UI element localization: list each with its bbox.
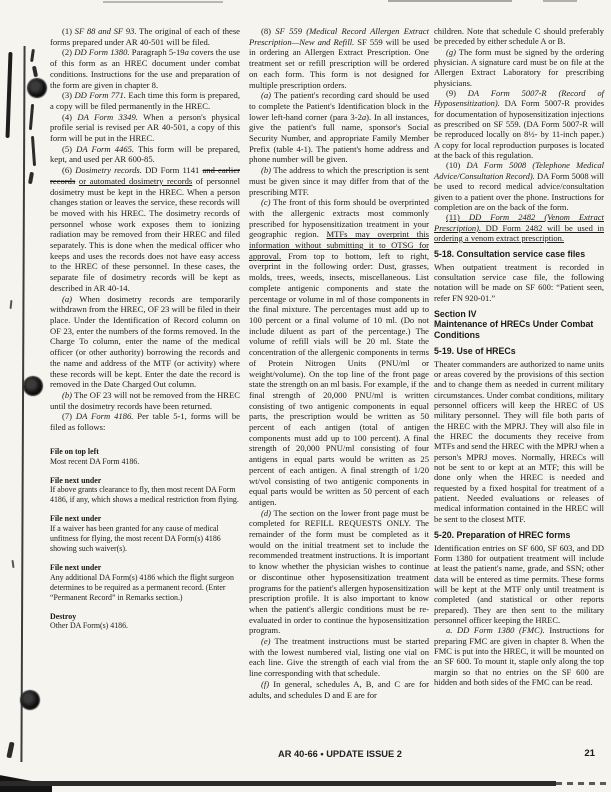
scribble-mark	[6, 742, 14, 759]
text-run: The section on the lower front page must…	[249, 508, 429, 636]
text-run: (b)	[62, 390, 72, 400]
scanned-document-page: (1) SF 88 and SF 93. The original of eac…	[0, 0, 611, 792]
filing-instruction: If above grants clearance to fly, then m…	[50, 485, 240, 505]
text-run: Maintenance of HRECs Under Combat Condit…	[434, 319, 593, 339]
bottom-scan-rule	[0, 781, 556, 786]
filing-instruction: Other DA Form(s) 4186.	[50, 621, 240, 631]
scribble-mark	[11, 560, 14, 568]
scribble-mark	[29, 104, 34, 130]
text-run: (8)	[261, 26, 275, 36]
paragraph: Theater commanders are authorized to nam…	[434, 359, 604, 525]
paragraph: (7) DA Form 4186. Per table 5-1, forms w…	[50, 411, 240, 432]
paragraph: (11) DD Form 2482 (Venom Extract Prescri…	[434, 212, 604, 243]
footer-document-id: AR 40-66 • UPDATE ISSUE 2	[230, 749, 450, 759]
text-run: The OF 23 will not be removed from the H…	[50, 390, 240, 411]
text-run: 5-18. Consultation service case files	[434, 249, 585, 259]
filing-instruction: Any additional DA Form(s) 4186 which the…	[50, 573, 240, 603]
filing-instruction: File next under	[50, 476, 240, 486]
text-run: (b)	[261, 165, 271, 175]
text-run: (e)	[261, 636, 271, 646]
paragraph: children. Note that schedule C should pr…	[434, 26, 604, 47]
section-heading: 5-20. Preparation of HREC forms	[434, 530, 604, 540]
scribble-mark	[31, 136, 36, 166]
text-run: Other DA Form(s) 4186.	[50, 621, 128, 630]
text-run: DD Form 1141	[142, 165, 203, 175]
text-run: File on top left	[50, 447, 99, 456]
text-run: File next under	[50, 476, 101, 485]
paragraph: (b) The OF 23 will not be removed from t…	[50, 390, 240, 411]
text-run: 5-20. Preparation of HREC forms	[434, 530, 570, 540]
text-run: The address to which the prescription is…	[249, 165, 429, 196]
text-run: If above grants clearance to fly, then m…	[50, 485, 239, 504]
paragraph: Identification entries on SF 600, SF 603…	[434, 543, 604, 626]
text-run: (2)	[62, 47, 74, 57]
text-run: (a)	[261, 90, 271, 100]
text-run: SF 88 and SF 93.	[75, 26, 137, 36]
paragraph: (a) The patient's recording card should …	[249, 90, 429, 165]
corner-scan-mark	[0, 766, 52, 792]
text-run: From top to bottom, left to right, overp…	[249, 251, 429, 507]
paragraph: (2) DD Form 1380. Paragraph 5-19a covers…	[50, 47, 240, 90]
section-heading: Maintenance of HRECs Under Combat Condit…	[434, 319, 604, 340]
paragraph: (6) Dosimetry records. DD Form 1141 and …	[50, 165, 240, 293]
text-run: DD Form 771.	[74, 90, 125, 100]
paragraph: (a) When dosimetry records are temporari…	[50, 294, 240, 390]
text-run: (11)	[446, 212, 469, 222]
filing-instruction: Destroy	[50, 612, 240, 622]
text-run: Section IV	[434, 309, 477, 319]
scribble-mark	[10, 300, 13, 309]
filing-instruction: Most recent DA Form 4186.	[50, 457, 240, 467]
text-run: When dosimetry records are temporarily w…	[50, 294, 240, 390]
paragraph: (5) DA Form 4465. This form will be prep…	[50, 144, 240, 165]
text-run: When outpatient treatment is recorded in…	[434, 262, 604, 303]
top-scan-artifact	[388, 0, 512, 2]
text-run: DD Form 1380.	[74, 47, 129, 57]
text-run: (4)	[62, 112, 77, 122]
text-run: DA Form 4186.	[76, 411, 134, 421]
scribble-mark	[28, 172, 34, 185]
text-run: or automated dosimetry records	[79, 176, 192, 186]
binding-scan-line	[20, 46, 25, 762]
text-run: of personnel dosimetry must be kept in t…	[50, 176, 240, 293]
paragraph: a. DD Form 1380 (FMC). Instructions for …	[434, 625, 604, 687]
text-run: a. DD Form 1380 (FMC).	[446, 625, 545, 635]
text-run: (a)	[62, 294, 72, 304]
text-run: Theater commanders are authorized to nam…	[434, 359, 604, 524]
text-run: 5-19. Use of HRECs	[434, 346, 516, 356]
paragraph: (1) SF 88 and SF 93. The original of eac…	[50, 26, 240, 47]
text-run: (10)	[446, 160, 466, 170]
text-run: (c)	[261, 197, 271, 207]
binder-hole	[28, 79, 46, 97]
binding-edge-mark	[6, 52, 13, 138]
text-run: Destroy	[50, 612, 76, 621]
paragraph: (e) The treatment instructions must be s…	[249, 636, 429, 679]
text-run: (6)	[62, 165, 75, 175]
section-heading: 5-18. Consultation service case files	[434, 249, 604, 259]
text-run: (1)	[62, 26, 75, 36]
text-run: DA Form 4465.	[76, 144, 134, 154]
text-run: (9)	[446, 88, 468, 98]
text-run: Any additional DA Form(s) 4186 which the…	[50, 573, 234, 602]
text-run: (5)	[62, 144, 76, 154]
binder-hole	[21, 691, 39, 709]
text-run: File next under	[50, 563, 101, 572]
bottom-scan-rule-dashes	[556, 782, 611, 785]
section-heading: Section IV	[434, 309, 604, 319]
paragraph: (c) The front of this form should be ove…	[249, 197, 429, 507]
paragraph: (9) DA Form 5007-R (Record of Hyposensit…	[434, 88, 604, 160]
paragraph: (f) In general, schedules A, B, and C ar…	[249, 679, 429, 700]
text-run: (d)	[261, 508, 271, 518]
text-run: (3)	[62, 90, 74, 100]
section-heading: 5-19. Use of HRECs	[434, 346, 604, 356]
text-run: Most recent DA Form 4186.	[50, 457, 139, 466]
text-run: Paragraph 5-19	[130, 47, 185, 57]
text-column-left: (1) SF 88 and SF 93. The original of eac…	[50, 26, 240, 631]
text-run: (g)	[446, 47, 456, 57]
paragraph: (4) DA Form 3349. When a person's physic…	[50, 112, 240, 144]
page-number: 21	[584, 748, 595, 759]
text-run: DA Form 3349.	[77, 112, 137, 122]
paragraph: (10) DA Form 5008 (Telephone Medical Adv…	[434, 160, 604, 212]
scribble-mark	[30, 49, 35, 62]
text-run: children. Note that schedule C should pr…	[434, 26, 604, 46]
scribble-mark	[32, 66, 38, 78]
filing-instruction: File next under	[50, 563, 240, 573]
paragraph: (d) The section on the lower front page …	[249, 508, 429, 636]
text-run: The form must be signed by the ordering …	[434, 47, 604, 88]
text-run: In general, schedules A, B, and C are fo…	[249, 679, 429, 700]
text-run: If a waiver has been granted for any cau…	[50, 524, 221, 553]
text-run: (f)	[261, 679, 269, 689]
text-run: The treatment instructions must be start…	[249, 636, 429, 678]
text-run: Dosimetry records.	[75, 165, 142, 175]
filing-instruction: File on top left	[50, 447, 240, 457]
text-run: Identification entries on SF 600, SF 603…	[434, 543, 604, 625]
top-scan-artifact	[543, 0, 577, 2]
text-column-right: children. Note that schedule C should pr…	[434, 26, 604, 687]
filing-instruction: If a waiver has been granted for any cau…	[50, 524, 240, 554]
top-scan-artifact	[103, 1, 223, 3]
text-run: (7)	[62, 411, 76, 421]
paragraph: (8) SF 559 (Medical Record Allergen Extr…	[249, 26, 429, 90]
text-column-middle: (8) SF 559 (Medical Record Allergen Extr…	[249, 26, 429, 700]
paragraph: (g) The form must be signed by the order…	[434, 47, 604, 88]
paragraph: (b) The address to which the prescriptio…	[249, 165, 429, 197]
paragraph: When outpatient treatment is recorded in…	[434, 262, 604, 303]
binder-hole	[24, 377, 42, 395]
paragraph: (3) DD Form 771. Each time this form is …	[50, 90, 240, 111]
filing-instruction: File next under	[50, 514, 240, 524]
text-run: File next under	[50, 514, 101, 523]
